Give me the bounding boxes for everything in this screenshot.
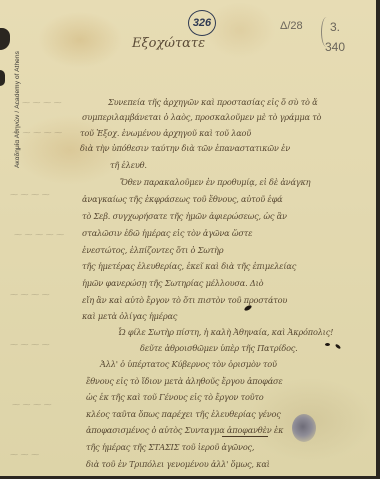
letter-line: συμπεριλαμβάνεται ὁ λαὸς, προσκαλοῦμεν μ… — [82, 112, 321, 122]
letter-line: καὶ μετὰ ὀλίγας ἡμέρας — [82, 311, 177, 321]
torn-edge — [0, 70, 5, 86]
letter-line: ἡμῶν φανερώσῃ τῆς Σωτηρίας μέλλουσα. Διὸ — [82, 278, 263, 288]
letter-line: διὰ τοῦ ἐν Τριπόλει γενομένου ἀλλ' ὅμως,… — [86, 459, 270, 469]
torn-edge — [0, 28, 10, 50]
letter-line: κλέος ταῦτα ὅπως παρέχει τῆς ἐλευθερίας … — [86, 409, 281, 419]
ink-blot — [244, 304, 253, 311]
letter-line: τοῦ Ἐξοχ. ἑνωμένου ἀρχηγοῦ καὶ τοῦ λαοῦ — [80, 128, 251, 138]
letter-line: διὰ τὴν ὑπόθεσιν ταύτην διὰ τῶν ἐπαναστα… — [80, 143, 290, 153]
ink-blot — [335, 343, 342, 349]
salutation: Εξοχώτατε — [132, 36, 205, 51]
letter-line: σταλῶσιν ἐδῶ ἡμέρας εἰς τὸν ἀγῶνα ὥστε — [82, 228, 252, 238]
letter-line: Ἀλλ' ὁ ὑπέρτατος Κύβερνος τὸν ὁρισμὸν το… — [100, 359, 277, 369]
letter-line: δεῦτε ἀθροισθῶμεν ὑπὲρ τῆς Πατρίδος. — [140, 343, 298, 353]
bleed-through-text: ⁓ ⁓ ⁓ ⁓ — [10, 340, 50, 349]
letter-line: ἀναγκαίως τῆς ἐκφράσεως τοῦ ἔθνους, αὐτο… — [82, 194, 282, 204]
ink-blot — [325, 343, 330, 346]
letter-line: τῆς ἡμετέρας ἐλευθερίας, ἐκεῖ καὶ διὰ τῆ… — [82, 261, 296, 271]
underline-mark — [222, 436, 268, 437]
letter-line: ἐνεστώτος, ἐλπίζοντες ὅτι ὁ Σωτὴρ — [82, 245, 223, 255]
bleed-through-text: ⁓ ⁓ ⁓ ⁓ ⁓ — [12, 128, 62, 137]
bleed-through-text: ⁓ ⁓ ⁓ ⁓ — [10, 290, 50, 299]
letter-line: εἴη ἂν καὶ αὐτὸ ἔργον τὸ ὅτι πιστὸν τοῦ … — [82, 295, 287, 305]
letter-line: ἀποφασισμένος ὁ αὐτὸς Συνταγμα ἀποφανθὲν… — [86, 425, 283, 435]
page-number: 340 — [325, 40, 345, 54]
bleed-through-text: ⁓ ⁓ ⁓ ⁓ — [22, 98, 62, 107]
folio-number: 3. — [330, 20, 340, 34]
bleed-through-text: ⁓ ⁓ ⁓ — [10, 450, 39, 459]
letter-line: Συνεπεία τῆς ἀρχηγῶν καὶ προστασίας εἰς … — [108, 97, 318, 107]
letter-line: τῆς ἡμέρας τῆς ΣΤΑΣΙΣ τοῦ ἱεροῦ ἀγῶνος, — [86, 442, 254, 452]
letter-line: Ὦ φίλε Σωτὴρ πίστη, ἡ καλὴ Ἀθηναία, καὶ … — [118, 327, 333, 337]
letter-line: τῆ ἐλευθ. — [110, 160, 147, 170]
bleed-through-text: ⁓ ⁓ ⁓ ⁓ — [10, 190, 50, 199]
letter-line: ὡς ἐκ τῆς καὶ τοῦ Γένους εἰς τὸ ἔργον το… — [86, 392, 264, 402]
bleed-through-text: ⁓ ⁓ ⁓ ⁓ ⁓ — [14, 230, 64, 239]
stamp-number-text: 326 — [193, 17, 211, 29]
letter-line: Ὅθεν παρακαλοῦμεν ἐν προθυμίᾳ, εἰ δὲ ἀνά… — [120, 177, 310, 187]
wax-seal-stamp — [292, 414, 316, 442]
letter-line: ἔθνους εἰς τὸ ἴδιον μετὰ ἀληθοῦς ἔργου ἀ… — [86, 376, 283, 386]
letter-line: τὸ Σεβ. συγχωρήσατε τῆς ἡμῶν ἀφιερώσεως,… — [82, 211, 287, 221]
archive-stamp-number: 326 — [188, 10, 216, 36]
manuscript-page: Ακαδημία Αθηνών / Academy of Athens 326 … — [0, 0, 376, 476]
reference-code: Δ/28 — [280, 20, 303, 32]
archive-watermark: Ακαδημία Αθηνών / Academy of Athens — [14, 51, 21, 168]
page-edge — [376, 0, 380, 479]
bleed-through-text: ⁓ ⁓ ⁓ ⁓ — [12, 400, 52, 409]
